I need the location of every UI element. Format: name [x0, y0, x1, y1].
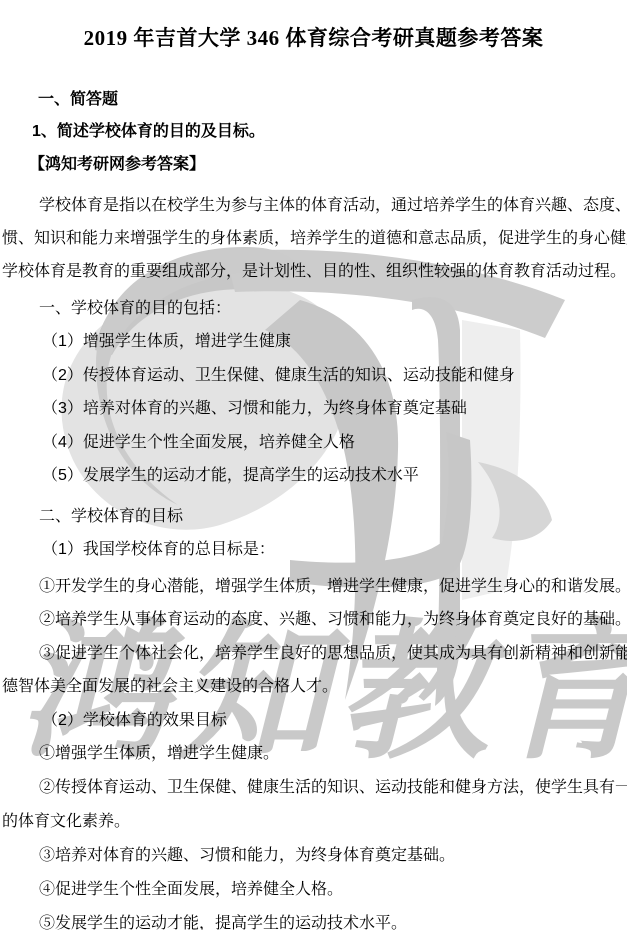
text-line: 一、学校体育的目的包括：: [39, 300, 231, 318]
text-line: （3）培养对体育的兴趣、习惯和能力，为终身体育奠定基础: [42, 400, 467, 418]
text-line: 的体育文化素养。: [2, 813, 130, 831]
text-line: ②培养学生从事体育运动的态度、兴趣、习惯和能力，为终身体育奠定良好的基础。: [39, 611, 627, 629]
text-line: （2）学校体育的效果目标: [42, 712, 227, 730]
text-line: 二、学校体育的目标: [39, 508, 183, 526]
text-line: 惯、知识和能力来增强学生的身体素质，培养学生的道德和意志品质，促进学生的身心健康…: [2, 230, 627, 248]
text-line: （4）促进学生个性全面发展，培养健全人格: [42, 434, 355, 452]
text-line: ②传授体育运动、卫生保健、健康生活的知识、运动技能和健身方法，使学生具有一定: [39, 779, 627, 797]
text-line: 学校体育是指以在校学生为参与主体的体育活动，通过培养学生的体育兴趣、态度、习: [39, 197, 627, 215]
text-line: 德智体美全面发展的社会主义建设的合格人才。: [2, 678, 338, 696]
text-line: ⑤发展学生的运动才能，提高学生的运动技术水平。: [39, 915, 407, 930]
text-line: ③培养对体育的兴趣、习惯和能力，为终身体育奠定基础。: [39, 847, 455, 865]
text-line: 学校体育是教育的重要组成部分，是计划性、目的性、组织性较强的体育教育活动过程。: [2, 263, 626, 281]
text-line: （2）传授体育运动、卫生保健、健康生活的知识、运动技能和健身: [42, 367, 515, 385]
page-title: 2019 年吉首大学 346 体育综合考研真题参考答案: [0, 22, 627, 52]
document-page: 鸿知教育 2019 年吉首大学 346 体育综合考研真题参考答案 一、简答题 1…: [0, 0, 627, 930]
section-heading: 一、简答题: [38, 91, 118, 109]
text-line: ①开发学生的身心潜能，增强学生体质，增进学生健康，促进学生身心的和谐发展。: [39, 578, 627, 596]
text-line: ③促进学生个体社会化，培养学生良好的思想品质，使其成为具有创新精神和创新能力、: [39, 645, 627, 663]
text-line: ①增强学生体质，增进学生健康。: [39, 745, 279, 763]
answer-source-label: 【鸿知考研网参考答案】: [29, 156, 205, 174]
text-line: （1）我国学校体育的总目标是：: [42, 541, 275, 559]
text-line: ④促进学生个性全面发展，培养健全人格。: [39, 881, 343, 899]
text-line: （5）发展学生的运动才能，提高学生的运动技术水平: [42, 467, 419, 485]
question-heading: 1、简述学校体育的目的及目标。: [32, 123, 265, 141]
text-line: （1）增强学生体质，增进学生健康: [42, 333, 291, 351]
